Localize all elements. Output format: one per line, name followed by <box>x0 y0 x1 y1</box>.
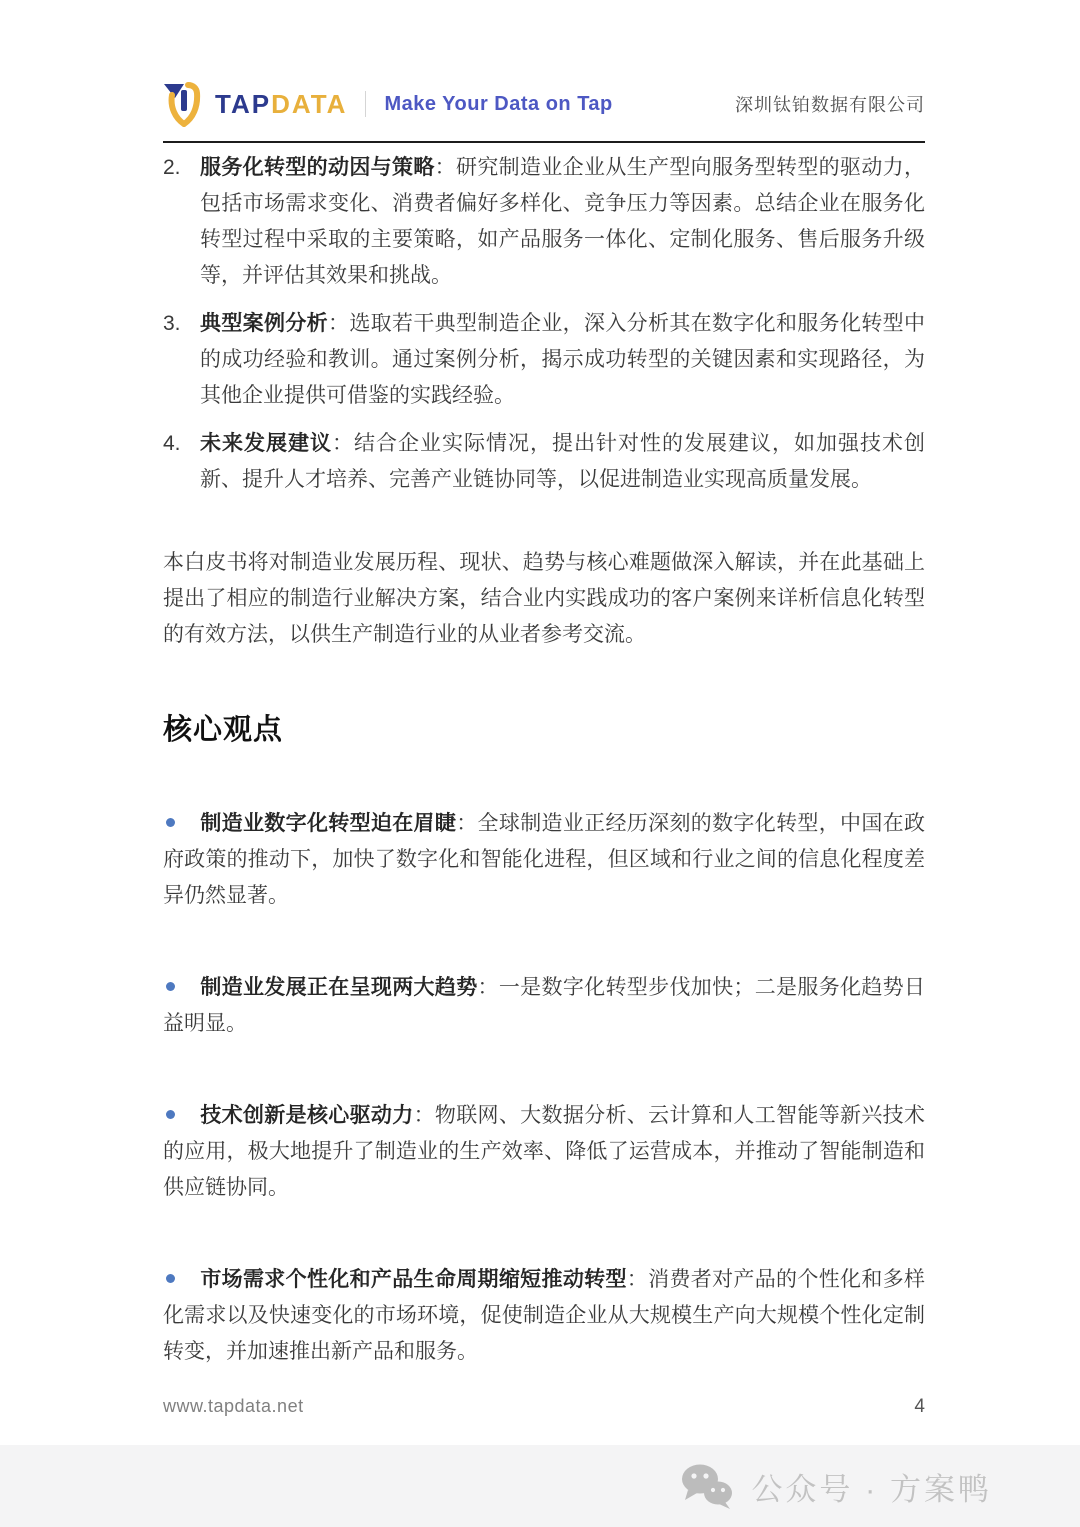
bullet-title: 市场需求个性化和产品生命周期缩短推动转型 <box>200 1268 627 1291</box>
item-text: 典型案例分析：选取若干典型制造企业，深入分析其在数字化和服务化转型中的成功经验和… <box>200 306 925 414</box>
intro-paragraph: 本白皮书将对制造业发展历程、现状、趋势与核心难题做深入解读，并在此基础上提出了相… <box>163 545 925 653</box>
item-text: 未来发展建议：结合企业实际情况，提出针对性的发展建议，如加强技术创新、提升人才培… <box>200 426 925 498</box>
item-title: 服务化转型的动因与策略 <box>200 156 435 179</box>
numbered-item-4: 4. 未来发展建议：结合企业实际情况，提出针对性的发展建议，如加强技术创新、提升… <box>163 426 925 498</box>
bullet-title: 技术创新是核心驱动力 <box>200 1104 414 1127</box>
bullet-item-4: 市场需求个性化和产品生命周期缩短推动转型：消费者对产品的个性化和多样化需求以及快… <box>163 1262 925 1370</box>
section-title: 核心观点 <box>163 710 925 750</box>
company-name: 深圳钛铂数据有限公司 <box>735 91 925 117</box>
numbered-list: 2. 服务化转型的动因与策略：研究制造业企业从生产型向服务型转型的驱动力，包括市… <box>163 150 925 498</box>
main-content: 2. 服务化转型的动因与策略：研究制造业企业从生产型向服务型转型的驱动力，包括市… <box>163 150 925 1370</box>
logo-wordmark: TAPDATA <box>215 91 347 117</box>
page-number: 4 <box>914 1396 925 1418</box>
bullet-item-3: 技术创新是核心驱动力：物联网、大数据分析、云计算和人工智能等新兴技术的应用，极大… <box>163 1098 925 1206</box>
wechat-icon <box>679 1463 735 1509</box>
bullet-dot-icon <box>166 1274 175 1283</box>
item-number: 3. <box>163 306 200 414</box>
page-header: TAPDATA Make Your Data on Tap 深圳钛铂数据有限公司 <box>163 78 925 130</box>
logo-group: TAPDATA Make Your Data on Tap <box>163 81 613 127</box>
bullet-dot-icon <box>166 1110 175 1119</box>
footer-url: www.tapdata.net <box>163 1396 304 1417</box>
logo-divider <box>365 91 366 117</box>
header-rule <box>163 141 925 143</box>
logo-data-text: DATA <box>271 89 347 119</box>
bullet-title: 制造业发展正在呈现两大趋势 <box>200 976 478 999</box>
bullet-title: 制造业数字化转型迫在眉睫 <box>200 812 456 835</box>
bullet-dot-icon <box>166 818 175 827</box>
item-number: 4. <box>163 426 200 498</box>
numbered-item-2: 2. 服务化转型的动因与策略：研究制造业企业从生产型向服务型转型的驱动力，包括市… <box>163 150 925 294</box>
logo-tagline: Make Your Data on Tap <box>384 93 612 116</box>
page-footer: www.tapdata.net 4 <box>163 1396 925 1418</box>
bullet-item-2: 制造业发展正在呈现两大趋势：一是数字化转型步伐加快；二是服务化趋势日益明显。 <box>163 970 925 1042</box>
item-title: 未来发展建议 <box>200 432 332 455</box>
item-number: 2. <box>163 150 200 294</box>
logo-tap-text: TAP <box>215 89 271 119</box>
item-text: 服务化转型的动因与策略：研究制造业企业从生产型向服务型转型的驱动力，包括市场需求… <box>200 150 925 294</box>
watermark-label: 公众号 · 方案鸭 <box>751 1464 992 1509</box>
item-title: 典型案例分析 <box>200 312 328 335</box>
bullet-item-1: 制造业数字化转型迫在眉睫：全球制造业正经历深刻的数字化转型，中国在政府政策的推动… <box>163 806 925 914</box>
numbered-item-3: 3. 典型案例分析：选取若干典型制造企业，深入分析其在数字化和服务化转型中的成功… <box>163 306 925 414</box>
document-page: TAPDATA Make Your Data on Tap 深圳钛铂数据有限公司… <box>0 0 1080 1527</box>
watermark-band: 公众号 · 方案鸭 <box>0 1445 1080 1527</box>
tapdata-logo-icon <box>163 81 205 127</box>
bullet-dot-icon <box>166 982 175 991</box>
